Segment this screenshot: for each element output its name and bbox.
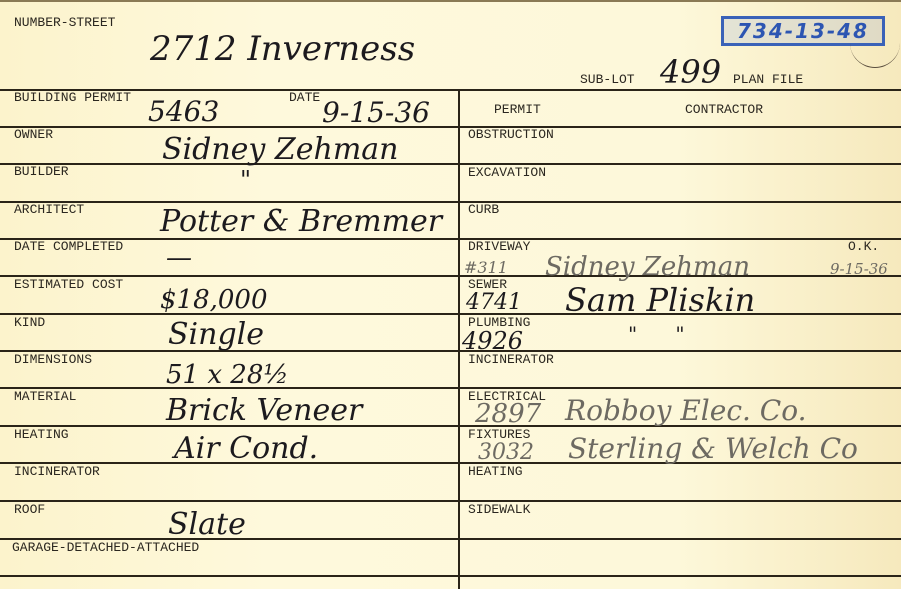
sub-lot-label: SUB-LOT (580, 73, 635, 86)
dimensions-label: DIMENSIONS (14, 353, 92, 366)
number-street-value: 2712 Inverness (150, 32, 415, 66)
kind-value: Single (168, 320, 264, 350)
date-value: 9-15-36 (322, 99, 430, 127)
owner-value: Sidney Zehman (162, 135, 398, 165)
fixtures-contractor-value: Sterling & Welch Co (568, 435, 858, 463)
driveway-permit-value: #311 (464, 260, 508, 276)
rule-line (0, 126, 901, 128)
sub-lot-value: 499 (660, 56, 721, 88)
heating-value: Air Cond. (174, 434, 318, 464)
driveway-ok-note: O.K. (848, 240, 879, 253)
material-value: Brick Veneer (166, 396, 362, 426)
rule-line (0, 313, 901, 315)
building-permit-label: BUILDING PERMIT (14, 91, 131, 104)
curb-label: CURB (468, 203, 499, 216)
rule-line (0, 500, 901, 502)
column-divider (458, 89, 460, 589)
permit-card: 734-13-48 NUMBER-STREET 2712 Inverness S… (0, 0, 901, 589)
rule-line (0, 387, 901, 389)
building-permit-value: 5463 (148, 98, 219, 126)
pencil-mark (850, 42, 900, 68)
roof-value: Slate (168, 510, 246, 540)
estimated-cost-label: ESTIMATED COST (14, 278, 123, 291)
rule-line (0, 575, 901, 577)
rule-line (0, 350, 901, 352)
date-completed-label: DATE COMPLETED (14, 240, 123, 253)
electrical-permit-value: 2897 (475, 401, 541, 427)
obstruction-label: OBSTRUCTION (468, 128, 554, 141)
builder-label: BUILDER (14, 165, 69, 178)
incinerator-label: INCINERATOR (14, 465, 100, 478)
sewer-permit-value: 4741 (466, 292, 522, 314)
material-label: MATERIAL (14, 390, 76, 403)
driveway-contractor-value: Sidney Zehman (545, 254, 750, 280)
permit-column-header: PERMIT (494, 103, 541, 116)
incinerator-permit-label: INCINERATOR (468, 353, 554, 366)
roof-label: ROOF (14, 503, 45, 516)
contractor-column-header: CONTRACTOR (685, 103, 763, 116)
garage-label: GARAGE-DETACHED-ATTACHED (12, 541, 199, 554)
date-completed-value: — (166, 245, 192, 271)
plan-file-label: PLAN FILE (733, 73, 803, 86)
dimensions-value: 51 x 28½ (166, 362, 289, 388)
fixtures-permit-value: 3032 (478, 442, 534, 464)
driveway-label: DRIVEWAY (468, 240, 530, 253)
kind-label: KIND (14, 316, 45, 329)
builder-value: " (240, 168, 251, 192)
architect-label: ARCHITECT (14, 203, 84, 216)
heating-label: HEATING (14, 428, 69, 441)
rule-line (0, 89, 901, 91)
date-label: DATE (289, 91, 320, 104)
electrical-contractor-value: Robboy Elec. Co. (565, 397, 807, 425)
estimated-cost-value: $18,000 (160, 287, 268, 313)
owner-label: OWNER (14, 128, 53, 141)
plumbing-permit-value: 4926 (462, 329, 523, 353)
rule-line (0, 238, 901, 240)
rule-line (0, 163, 901, 165)
sewer-contractor-value: Sam Pliskin (565, 284, 755, 316)
rule-line (0, 275, 901, 277)
architect-value: Potter & Bremmer (160, 207, 442, 237)
excavation-label: EXCAVATION (468, 166, 546, 179)
heating-permit-label: HEATING (468, 465, 523, 478)
sidewalk-label: SIDEWALK (468, 503, 530, 516)
plumbing-contractor-value: " " (628, 324, 685, 344)
number-street-label: NUMBER-STREET (14, 16, 115, 29)
driveway-date-value: 9-15-36 (830, 262, 888, 277)
rule-line (0, 201, 901, 203)
